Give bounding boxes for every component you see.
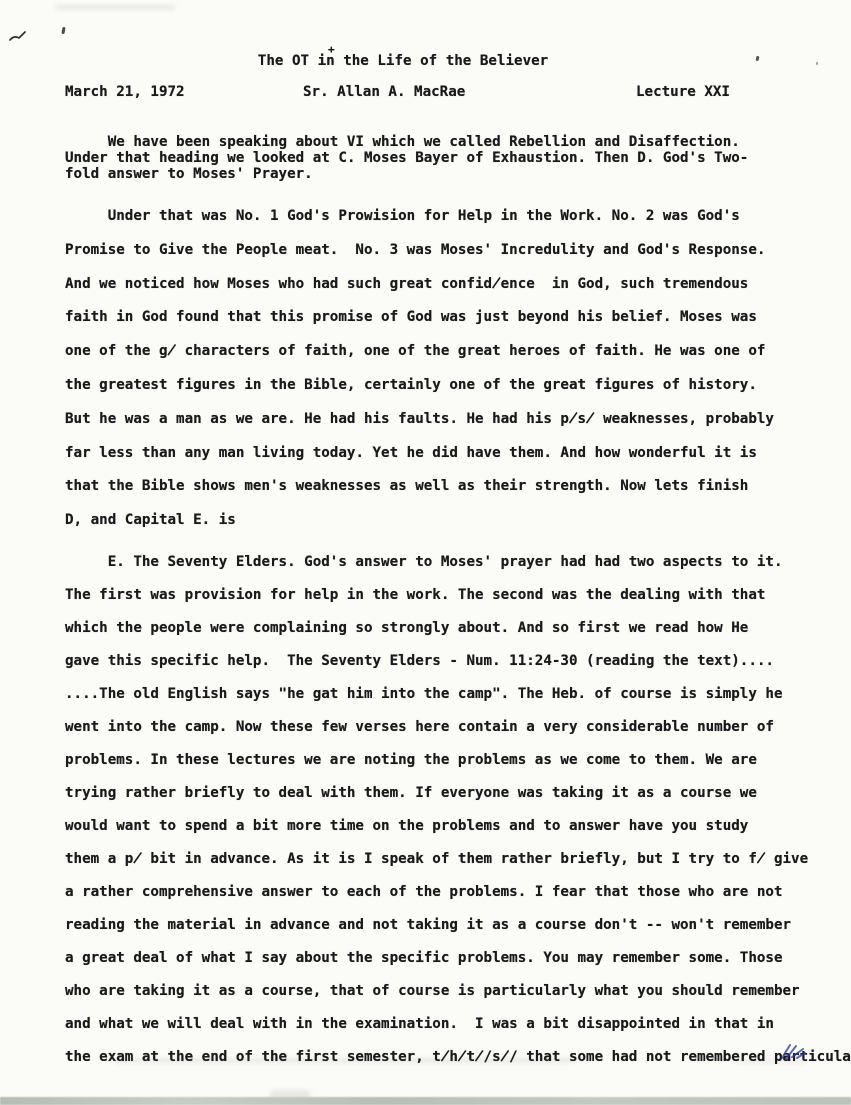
text-line: went into the camp. Now these few verses… — [65, 711, 851, 744]
text-line: We have been speaking about VI which we … — [65, 134, 748, 150]
text-line: one of the g̸ characters of faith, one o… — [65, 335, 774, 369]
text-line: a great deal of what I say about the spe… — [65, 942, 851, 975]
text-line: The first was provision for help in the … — [65, 579, 851, 612]
scan-smudge — [735, 1059, 805, 1063]
text-line: would want to spend a bit more time on t… — [65, 810, 851, 843]
document-date: March 21, 1972 — [65, 84, 185, 100]
text-line: E. The Seventy Elders. God's answer to M… — [65, 546, 851, 579]
stray-apostrophe-mark — [61, 27, 65, 34]
overstrike-mark: + — [328, 43, 335, 56]
ink-dot — [816, 62, 818, 65]
text-line: And we noticed how Moses who had such gr… — [65, 268, 774, 302]
document-title: The OT in the Life of the Believer — [0, 53, 806, 69]
text-line: the greatest figures in the Bible, certa… — [65, 369, 774, 403]
text-line: that the Bible shows men's weaknesses as… — [65, 470, 774, 504]
lecture-number: Lecture XXI — [636, 84, 730, 100]
pen-mark-icon — [9, 29, 27, 43]
scan-smudge — [55, 5, 175, 10]
text-line: them a p̸ bit in advance. As it is I spe… — [65, 843, 851, 876]
text-line: faith in God found that this promise of … — [65, 301, 774, 335]
text-line: problems. In these lectures we are notin… — [65, 744, 851, 777]
paragraph-body-1: Under that was No. 1 God's Prowision for… — [65, 200, 774, 538]
text-line: far less than any man living today. Yet … — [65, 437, 774, 471]
text-line: reading the material in advance and not … — [65, 909, 851, 942]
text-line: and what we will deal with in the examin… — [65, 1008, 851, 1041]
scan-edge-band — [0, 1097, 851, 1105]
speaker-name: Sr. Allan A. MacRae — [303, 84, 465, 100]
paragraph-body-2: E. The Seventy Elders. God's answer to M… — [65, 546, 851, 1074]
paragraph-intro: We have been speaking about VI which we … — [65, 134, 748, 182]
text-line: who are taking it as a course, that of c… — [65, 975, 851, 1008]
text-line: which the people were complaining so str… — [65, 612, 851, 645]
scanned-document-page: The OT in the Life of the Believer + Mar… — [0, 0, 851, 1105]
text-line: D, and Capital E. is — [65, 504, 774, 538]
text-line: trying rather briefly to deal with them.… — [65, 777, 851, 810]
text-line: Promise to Give the People meat. No. 3 w… — [65, 234, 774, 268]
text-line: Under that was No. 1 God's Prowision for… — [65, 200, 774, 234]
scan-smudge — [115, 1058, 575, 1063]
text-line: fold answer to Moses' Prayer. — [65, 166, 748, 182]
text-line: a rather comprehensive answer to each of… — [65, 876, 851, 909]
text-line: Under that heading we looked at C. Moses… — [65, 150, 748, 166]
text-line: gave this specific help. The Seventy Eld… — [65, 645, 851, 678]
text-line: But he was a man as we are. He had his f… — [65, 403, 774, 437]
text-line: ....The old English says "he gat him int… — [65, 678, 851, 711]
